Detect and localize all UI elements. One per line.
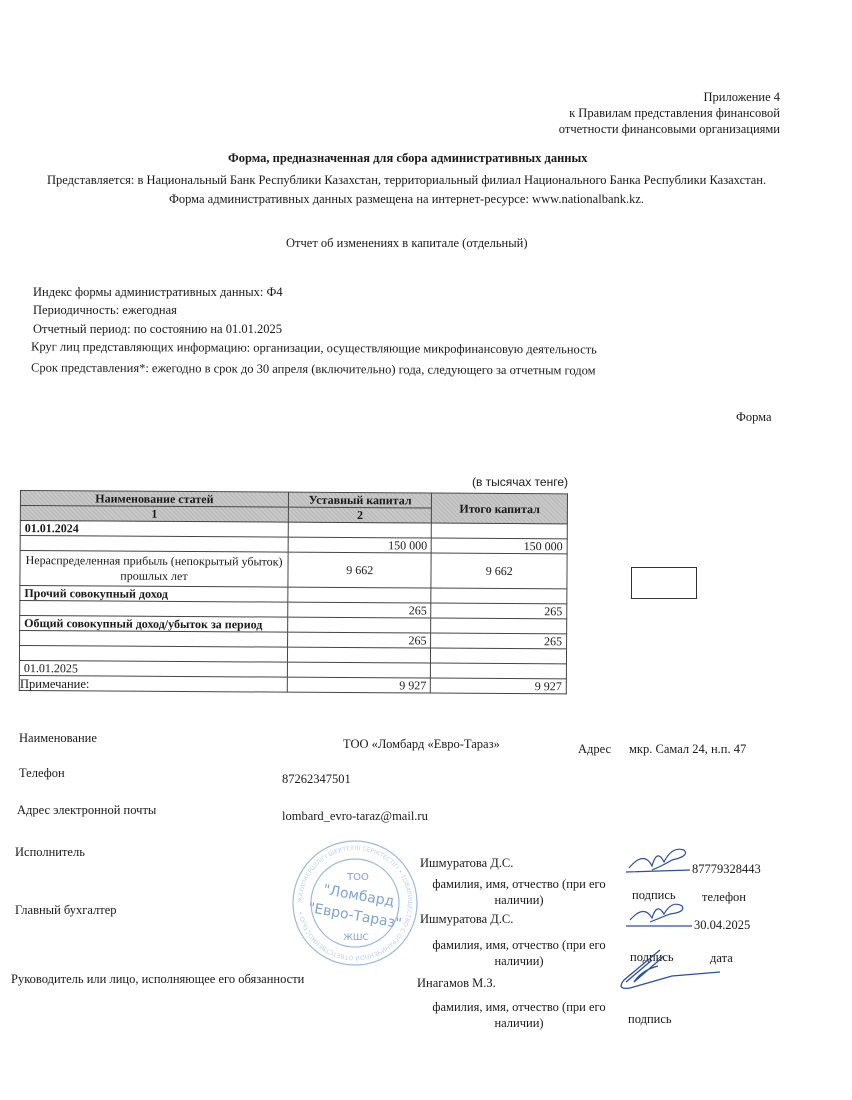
- row-label-cell: Общий совокупный доход/убыток за период: [20, 616, 288, 633]
- fio-caption-line-2: наличии): [424, 892, 614, 908]
- deadline: Срок представления*: ежегодно в срок до …: [31, 361, 596, 379]
- capital-changes-table: Наименование статей Уставный капитал Ито…: [19, 490, 568, 694]
- org-email-value: lombard_evro-taraz@mail.ru: [282, 809, 428, 824]
- total-capital-cell: 265: [431, 633, 567, 649]
- total-capital-cell: [432, 523, 568, 539]
- authorized-capital-cell: [288, 617, 432, 633]
- total-capital-cell: [431, 588, 567, 604]
- head-fio-caption: фамилия, имя, отчество (при его наличии): [424, 999, 614, 1031]
- org-name-label: Наименование: [19, 731, 97, 746]
- header-cell: Уставный капитал: [288, 492, 432, 508]
- authorized-capital-cell: 9 927: [287, 677, 431, 693]
- executor-phone: 87779328443: [692, 862, 761, 877]
- appendix-line-3: отчетности финансовыми организациями: [559, 121, 780, 137]
- table-row: Нераспределенная прибыль (непокрытый убы…: [20, 551, 567, 589]
- respondents: Круг лиц представляющих информацию: орга…: [31, 340, 597, 358]
- org-name-value: ТОО «Ломбард «Евро-Тараз»: [343, 737, 500, 752]
- head-name: Инагамов М.З.: [417, 976, 496, 991]
- head-signature-icon: [612, 946, 722, 992]
- authorized-capital-cell: 9 662: [288, 552, 432, 588]
- org-address-value: мкр. Самал 24, н.п. 47: [629, 742, 746, 757]
- row-label-cell: 01.01.2025: [19, 660, 287, 677]
- appendix-line-1: Приложение 4: [559, 89, 780, 105]
- executor-name: Ишмуратова Д.С.: [420, 856, 513, 871]
- chief-accountant-name: Ишмуратова Д.С.: [420, 912, 513, 927]
- executor-label: Исполнитель: [15, 845, 85, 860]
- row-label-cell: [20, 601, 288, 618]
- executor-fio-caption: фамилия, имя, отчество (при его наличии): [424, 876, 614, 908]
- header-number-cell: 1: [20, 506, 288, 523]
- total-capital-cell: 9 662: [431, 553, 567, 589]
- total-capital-cell: [431, 663, 567, 679]
- fio-caption-line-2: наличии): [424, 953, 614, 969]
- appendix-header: Приложение 4 к Правилам представления фи…: [559, 89, 780, 137]
- signature-caption-3: подпись: [628, 1012, 672, 1027]
- header-cell: Итого капитал: [432, 493, 568, 524]
- total-capital-cell: 150 000: [432, 538, 568, 554]
- stamp-line-4: ЖШС: [343, 933, 369, 943]
- row-label-cell: Прочий совокупный доход: [20, 586, 288, 603]
- org-email-label: Адрес электронной почты: [17, 803, 156, 818]
- row-label-cell: Нераспределенная прибыль (непокрытый убы…: [20, 551, 288, 588]
- total-capital-cell: [431, 648, 567, 664]
- stamp-line-1: ТОО: [346, 872, 369, 883]
- header-cell: Наименование статей: [20, 491, 288, 508]
- form-label: Форма: [736, 410, 772, 425]
- row-label-cell: [20, 631, 288, 648]
- row-label-cell: [20, 536, 288, 553]
- row-label-cell: 01.01.2024: [20, 521, 288, 538]
- authorized-capital-cell: 150 000: [288, 537, 432, 553]
- header-number-cell: 2: [288, 507, 432, 523]
- authorized-capital-cell: [287, 647, 431, 663]
- fio-caption-line-1: фамилия, имя, отчество (при его: [424, 999, 614, 1015]
- fio-caption-line-1: фамилия, имя, отчество (при его: [424, 937, 614, 953]
- note-label: Примечание:: [20, 677, 89, 692]
- authorized-capital-cell: 265: [288, 632, 432, 648]
- org-address-label: Адрес: [578, 742, 611, 757]
- form-title: Форма, предназначенная для сбора админис…: [228, 151, 588, 166]
- published-at: Форма административных данных размещена …: [169, 192, 644, 207]
- form-index: Индекс формы административных данных: Ф4: [33, 285, 283, 300]
- chief-accountant-label: Главный бухгалтер: [15, 903, 117, 918]
- total-capital-cell: 9 927: [431, 678, 567, 694]
- date-value: 30.04.2025: [694, 918, 750, 933]
- fio-caption-line-2: наличии): [424, 1015, 614, 1031]
- authorized-capital-cell: [287, 662, 431, 678]
- company-stamp: ЖАУАПКЕРШІЛІГІ ШЕКТЕУЛІ СЕРІКТЕСТІГІ • Т…: [290, 838, 420, 968]
- executor-signature-icon: [624, 840, 694, 878]
- head-label: Руководитель или лицо, исполняющее его о…: [11, 972, 304, 987]
- org-phone-label: Телефон: [19, 766, 65, 781]
- appendix-line-2: к Правилам представления финансовой: [559, 105, 780, 121]
- org-phone-value: 87262347501: [282, 772, 351, 787]
- unit-note: (в тысячах тенге): [472, 475, 568, 489]
- row-label-cell: [19, 646, 287, 663]
- periodicity: Периодичность: ежегодная: [33, 303, 177, 318]
- total-capital-cell: [431, 618, 567, 634]
- table-row: 9 9279 927: [19, 675, 566, 693]
- authorized-capital-cell: [288, 522, 432, 538]
- fio-caption-line-1: фамилия, имя, отчество (при его: [424, 876, 614, 892]
- empty-code-box: [631, 567, 697, 599]
- report-title: Отчет об изменениях в капитале (отдельны…: [286, 236, 528, 251]
- authorized-capital-cell: [288, 587, 432, 603]
- reporting-period: Отчетный период: по состоянию на 01.01.2…: [33, 322, 282, 337]
- total-capital-cell: 265: [431, 603, 567, 619]
- authorized-capital-cell: 265: [288, 602, 432, 618]
- chief-accountant-signature-icon: [624, 896, 694, 930]
- chief-accountant-fio-caption: фамилия, имя, отчество (при его наличии): [424, 937, 614, 969]
- submitted-to: Представляется: в Национальный Банк Респ…: [47, 173, 766, 188]
- phone-caption: телефон: [702, 890, 746, 905]
